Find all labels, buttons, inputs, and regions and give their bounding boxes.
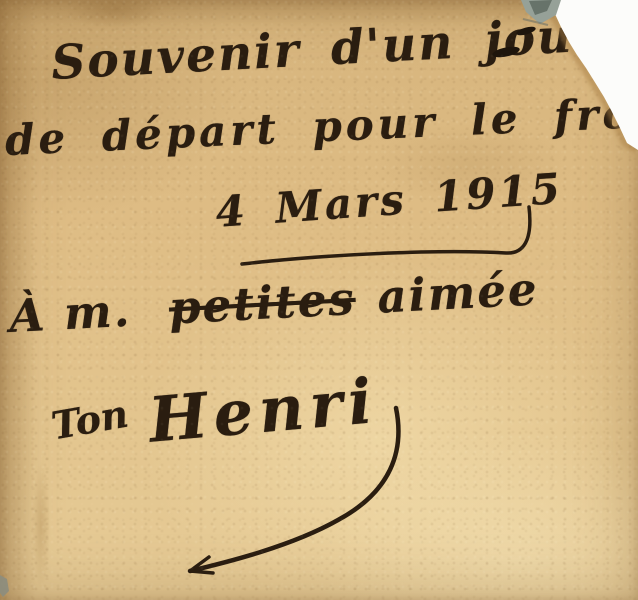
scanned-note: Souvenir d'un jour de départ pour le fro…	[0, 0, 638, 600]
flourish-barb-lower	[190, 571, 213, 573]
signature-name: Henri	[146, 364, 381, 457]
dedication-suffix: aimée	[376, 262, 540, 323]
handwriting-line-souvenir: Souvenir d'un jour	[50, 7, 601, 91]
bottom-left-speck	[0, 575, 9, 597]
handwriting-line-depart: de départ pour le front	[4, 86, 638, 165]
flourish-barb-upper	[190, 557, 209, 571]
signature-closing: Ton	[48, 391, 132, 449]
dedication-prefix: À m.	[8, 284, 132, 343]
dedication-line: À m.petitesaimée	[8, 262, 540, 343]
struck-word: petites	[168, 272, 357, 335]
handwriting-line-date: 4 Mars 1915	[214, 164, 564, 237]
